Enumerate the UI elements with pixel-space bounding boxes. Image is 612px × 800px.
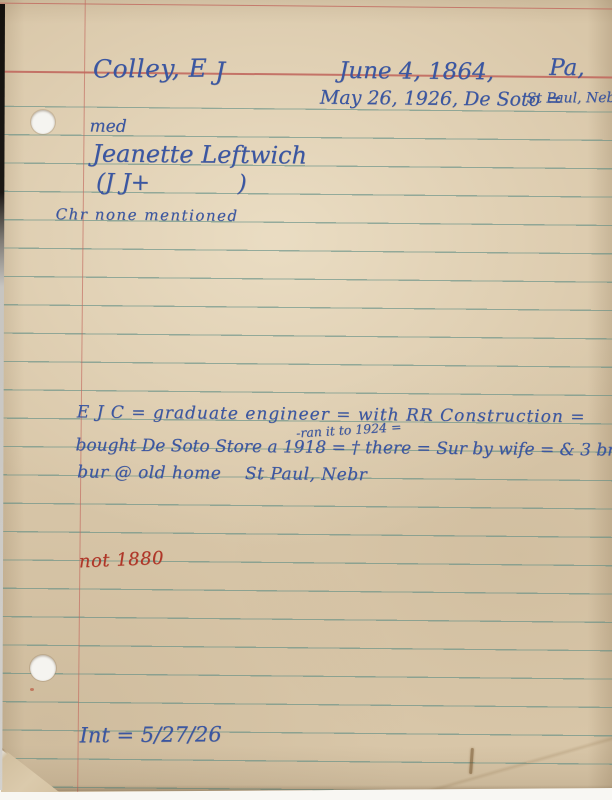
spouse-name-entry: Jeanette Leftwich	[92, 142, 307, 168]
punch-hole-bottom	[30, 655, 56, 681]
children-note: Chr none mentioned	[56, 207, 239, 224]
surname-entry: Colley, E	[93, 56, 208, 82]
paper-bottom-edge-shadow	[0, 785, 612, 791]
spouse-paren-note: (J J+ )	[96, 172, 247, 196]
top-rule-line	[0, 3, 612, 10]
census-note-red: not 1880	[79, 550, 165, 572]
biography-line-3: bur @ old home St Paul, Nebr	[77, 464, 367, 484]
notebook-page: Colley, E J June 4, 1864, Pa, May 26, 19…	[0, 0, 612, 793]
page-content: Colley, E J June 4, 1864, Pa, May 26, 19…	[0, 0, 612, 798]
header-rule-line	[0, 71, 612, 79]
punch-hole-top	[31, 110, 55, 134]
birth-date-entry: June 4, 1864,	[339, 60, 494, 84]
scanned-document: Colley, E J June 4, 1864, Pa, May 26, 19…	[0, 0, 612, 800]
interview-date-entry: Int = 5/27/26	[79, 724, 221, 746]
red-ink-speck	[30, 688, 34, 691]
birth-place-entry: Pa,	[549, 57, 585, 80]
burial-place-entry: St Paul, Nebr	[527, 91, 612, 106]
middle-initial-entry: J	[215, 59, 225, 84]
married-abbrev: med	[89, 118, 126, 135]
